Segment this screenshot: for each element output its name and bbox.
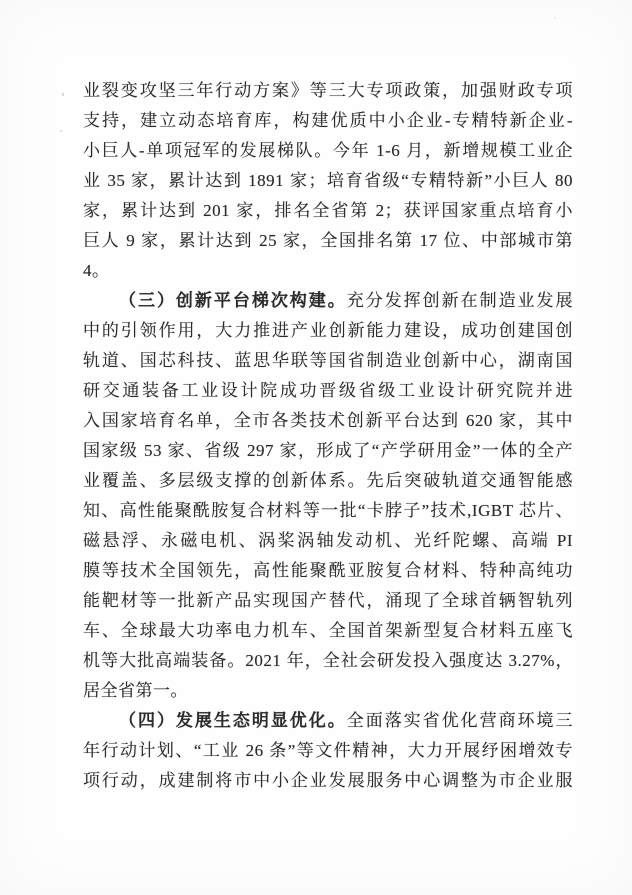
- text-segment: 支持，建立动态培育库，构建优质中小企业-专精特新企业-: [83, 111, 573, 130]
- text-line: 轨道、国芯科技、蓝思华联等国省制造业创新中心，湖南国: [83, 346, 573, 376]
- text-line: 巨人 9 家，累计达到 25 家，全国排名第 17 位、中部城市第: [83, 226, 573, 256]
- text-line: 年行动计划、“工业 26 条”等文件精神，大力开展纾困增效专: [83, 736, 573, 766]
- scan-speck: [391, 757, 394, 759]
- text-segment: 知、高性能聚酰胺复合材料等一批“卡脖子”技术,IGBT 芯片、: [83, 501, 573, 520]
- text-segment: 居全省第一。: [83, 681, 188, 700]
- text-segment: 车、全球最大功率电力机车、全国首架新型复合材料五座飞: [83, 621, 573, 640]
- scan-speck: [60, 130, 62, 132]
- document-text: 业裂变攻坚三年行动方案》等三大专项政策，加强财政专项支持，建立动态培育库，构建优…: [83, 76, 573, 796]
- text-segment: 全面落实省优化营商环境三: [347, 711, 573, 730]
- section-heading-segment: （三）创新平台梯次构建。: [119, 291, 347, 310]
- text-segment: 家，累计达到 201 家，排名全省第 2；获评国家重点培育小: [83, 201, 573, 220]
- text-line: 机等大批高端装备。2021 年，全社会研发投入强度达 3.27%，: [83, 646, 573, 676]
- text-segment: 入国家培育名单，全市各类技术创新平台达到 620 家，其中: [83, 411, 573, 430]
- text-line: 磁悬浮、永磁电机、涡桨涡轴发动机、光纤陀螺、高端 PI: [83, 526, 573, 556]
- text-segment: 业覆盖、多层级支撑的创新体系。先后突破轨道交通智能感: [83, 471, 573, 490]
- text-line: 入国家培育名单，全市各类技术创新平台达到 620 家，其中: [83, 406, 573, 436]
- text-line: 小巨人-单项冠军的发展梯队。今年 1-6 月，新增规模工业企: [83, 136, 573, 166]
- text-segment: 国家级 53 家、省级 297 家，形成了“产学研用金”一体的全产: [83, 441, 573, 460]
- text-segment: 能靶材等一批新产品实现国产替代，涌现了全球首辆智轨列: [83, 591, 573, 610]
- text-line: 居全省第一。: [83, 676, 573, 706]
- text-line: 车、全球最大功率电力机车、全国首架新型复合材料五座飞: [83, 616, 573, 646]
- text-line: 业裂变攻坚三年行动方案》等三大专项政策，加强财政专项: [83, 76, 573, 106]
- scan-speck: [62, 93, 64, 96]
- text-line: 国家级 53 家、省级 297 家，形成了“产学研用金”一体的全产: [83, 436, 573, 466]
- text-segment: 研交通装备工业设计院成功晋级省级工业设计研究院并进: [83, 381, 573, 400]
- text-line: 支持，建立动态培育库，构建优质中小企业-专精特新企业-: [83, 106, 573, 136]
- text-line: 膜等技术全国领先，高性能聚酰亚胺复合材料、特种高纯功: [83, 556, 573, 586]
- text-line: 能靶材等一批新产品实现国产替代，涌现了全球首辆智轨列: [83, 586, 573, 616]
- text-segment: 膜等技术全国领先，高性能聚酰亚胺复合材料、特种高纯功: [83, 561, 573, 580]
- text-segment: 充分发挥创新在制造业发展: [347, 291, 573, 310]
- text-line: 项行动，成建制将市中小企业发展服务中心调整为市企业服: [83, 766, 573, 796]
- text-segment: 业裂变攻坚三年行动方案》等三大专项政策，加强财政专项: [83, 81, 573, 100]
- text-segment: 磁悬浮、永磁电机、涡桨涡轴发动机、光纤陀螺、高端 PI: [83, 531, 573, 550]
- text-segment: 年行动计划、“工业 26 条”等文件精神，大力开展纾困增效专: [83, 741, 573, 760]
- text-line: 家，累计达到 201 家，排名全省第 2；获评国家重点培育小: [83, 196, 573, 226]
- text-segment: 4。: [83, 261, 110, 280]
- text-line: 4。: [83, 256, 573, 286]
- text-segment: 中的引领作用，大力推进产业创新能力建设，成功创建国创: [83, 321, 573, 340]
- scan-speck: [554, 17, 556, 19]
- scanned-document-page: 业裂变攻坚三年行动方案》等三大专项政策，加强财政专项支持，建立动态培育库，构建优…: [0, 0, 632, 895]
- text-line: 业 35 家，累计达到 1891 家；培育省级“专精特新”小巨人 80: [83, 166, 573, 196]
- text-line: （四）发展生态明显优化。全面落实省优化营商环境三: [83, 706, 573, 736]
- text-line: 中的引领作用，大力推进产业创新能力建设，成功创建国创: [83, 316, 573, 346]
- text-segment: 项行动，成建制将市中小企业发展服务中心调整为市企业服: [83, 771, 573, 790]
- text-segment: 小巨人-单项冠军的发展梯队。今年 1-6 月，新增规模工业企: [83, 141, 573, 160]
- text-segment: 巨人 9 家，累计达到 25 家，全国排名第 17 位、中部城市第: [83, 231, 573, 250]
- text-segment: 机等大批高端装备。2021 年，全社会研发投入强度达 3.27%，: [83, 651, 573, 670]
- text-line: 业覆盖、多层级支撑的创新体系。先后突破轨道交通智能感: [83, 466, 573, 496]
- text-line: 研交通装备工业设计院成功晋级省级工业设计研究院并进: [83, 376, 573, 406]
- section-heading-segment: （四）发展生态明显优化。: [119, 711, 347, 730]
- text-line: （三）创新平台梯次构建。充分发挥创新在制造业发展: [83, 286, 573, 316]
- text-segment: 业 35 家，累计达到 1891 家；培育省级“专精特新”小巨人 80: [83, 171, 573, 190]
- text-line: 知、高性能聚酰胺复合材料等一批“卡脖子”技术,IGBT 芯片、: [83, 496, 573, 526]
- text-segment: 轨道、国芯科技、蓝思华联等国省制造业创新中心，湖南国: [83, 351, 573, 370]
